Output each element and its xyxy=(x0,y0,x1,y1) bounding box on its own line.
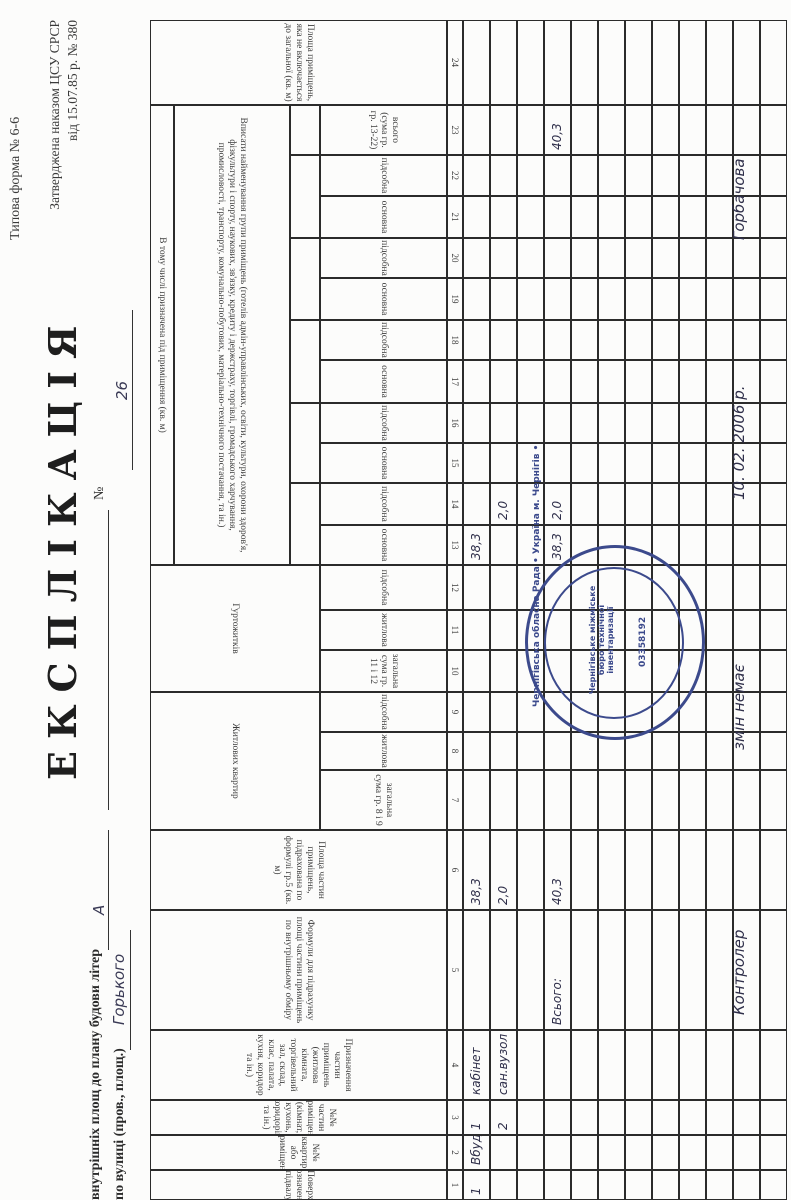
table-cell xyxy=(652,443,679,483)
page-title: ЕКСПЛІКАЦІЯ xyxy=(40,313,85,780)
table-cell xyxy=(598,238,625,278)
street-value: Горького xyxy=(110,954,128,1025)
table-cell xyxy=(598,278,625,320)
table-cell xyxy=(490,278,517,320)
table-cell: Всього: xyxy=(544,910,571,1030)
house-no-value: 26 xyxy=(113,381,131,400)
table-cell xyxy=(544,278,571,320)
table-cell xyxy=(571,320,598,360)
table-cell xyxy=(760,1170,787,1200)
table-cell xyxy=(733,320,760,360)
column-number-10: 10 xyxy=(447,650,463,692)
table-cell xyxy=(463,732,490,770)
header-col-14: підсобна xyxy=(320,483,447,525)
table-cell xyxy=(598,155,625,196)
table-cell xyxy=(598,830,625,910)
table-cell xyxy=(544,443,571,483)
table-cell xyxy=(463,483,490,525)
table-cell xyxy=(517,1100,544,1135)
column-number-19: 19 xyxy=(447,278,463,320)
table-cell: 40,3 xyxy=(544,830,571,910)
table-cell xyxy=(679,1170,706,1200)
table-cell xyxy=(571,360,598,403)
table-cell xyxy=(706,238,733,278)
table-cell xyxy=(517,770,544,830)
table-cell xyxy=(652,155,679,196)
column-number-15: 15 xyxy=(447,443,463,483)
table-cell xyxy=(760,692,787,732)
table-cell xyxy=(598,105,625,155)
column-number-23: 23 xyxy=(447,105,463,155)
table-cell xyxy=(463,692,490,732)
table-cell xyxy=(625,1170,652,1200)
table-cell xyxy=(706,610,733,650)
table-cell: 1 xyxy=(463,1170,490,1200)
table-cell xyxy=(652,278,679,320)
table-cell xyxy=(706,320,733,360)
table-cell xyxy=(679,20,706,105)
controller-label: Контролер xyxy=(730,930,748,1015)
table-cell: 1 xyxy=(463,1100,490,1135)
table-cell xyxy=(679,238,706,278)
table-cell xyxy=(733,525,760,565)
table-cell xyxy=(706,196,733,238)
table-cell xyxy=(517,1170,544,1200)
table-cell xyxy=(679,1100,706,1135)
table-cell xyxy=(490,650,517,692)
column-number-5: 5 xyxy=(447,910,463,1030)
table-cell xyxy=(652,360,679,403)
table-cell xyxy=(517,830,544,910)
table-cell xyxy=(733,238,760,278)
header-col-15: основна xyxy=(320,443,447,483)
table-cell xyxy=(598,443,625,483)
table-cell xyxy=(652,1030,679,1100)
header-col-2: №№ квартир або приміщень xyxy=(150,1135,447,1170)
table-cell xyxy=(679,483,706,525)
table-cell xyxy=(760,403,787,443)
table-cell xyxy=(760,830,787,910)
table-cell xyxy=(706,443,733,483)
table-cell xyxy=(571,483,598,525)
table-cell xyxy=(598,403,625,443)
subtitle-line-1: внутрішніх площ до плану будови літер xyxy=(88,949,104,1200)
table-cell xyxy=(517,20,544,105)
table-cell xyxy=(517,105,544,155)
column-number-14: 14 xyxy=(447,483,463,525)
header-col-18: підсобна xyxy=(320,320,447,360)
table-cell xyxy=(706,278,733,320)
table-cell xyxy=(706,1135,733,1170)
table-cell xyxy=(598,1100,625,1135)
table-cell xyxy=(571,155,598,196)
table-cell xyxy=(544,1170,571,1200)
table-cell xyxy=(625,105,652,155)
table-cell xyxy=(544,155,571,196)
table-cell xyxy=(544,360,571,403)
header-group-name-blank xyxy=(290,238,320,320)
table-cell xyxy=(571,238,598,278)
table-cell xyxy=(517,910,544,1030)
header-group-in-total: В тому числі призначена під приміщення (… xyxy=(150,105,174,565)
table-cell xyxy=(679,830,706,910)
table-cell xyxy=(517,1135,544,1170)
table-cell xyxy=(625,483,652,525)
table-cell xyxy=(571,770,598,830)
table-cell xyxy=(490,910,517,1030)
table-cell xyxy=(625,910,652,1030)
header-col-19: основна xyxy=(320,278,447,320)
table-cell xyxy=(490,692,517,732)
table-cell xyxy=(517,196,544,238)
table-cell xyxy=(652,238,679,278)
table-cell xyxy=(760,1135,787,1170)
table-cell xyxy=(625,770,652,830)
table-cell: сан.вузол xyxy=(490,1030,517,1100)
table-cell xyxy=(463,360,490,403)
table-cell xyxy=(517,320,544,360)
table-cell xyxy=(760,360,787,403)
table-cell xyxy=(544,1100,571,1135)
table-cell xyxy=(706,483,733,525)
table-cell xyxy=(598,1135,625,1170)
table-cell xyxy=(517,360,544,403)
table-cell xyxy=(463,20,490,105)
table-cell xyxy=(517,278,544,320)
table-cell xyxy=(571,732,598,770)
table-cell xyxy=(625,155,652,196)
table-cell xyxy=(679,1135,706,1170)
header-group-name-blank xyxy=(290,403,320,483)
table-cell xyxy=(760,732,787,770)
house-no-underline xyxy=(132,310,133,470)
column-number-17: 17 xyxy=(447,360,463,403)
table-cell xyxy=(598,910,625,1030)
table-cell xyxy=(625,1030,652,1100)
table-cell xyxy=(490,1170,517,1200)
table-cell xyxy=(463,196,490,238)
table-cell xyxy=(733,20,760,105)
table-cell xyxy=(490,403,517,443)
table-cell xyxy=(571,196,598,238)
header-col-23: всього (сума гр. гр. 13-22) xyxy=(320,105,447,155)
table-cell xyxy=(760,278,787,320)
table-cell xyxy=(490,1135,517,1170)
table-cell xyxy=(544,1135,571,1170)
mid-underline xyxy=(108,510,109,810)
table-cell xyxy=(652,320,679,360)
table-cell xyxy=(652,483,679,525)
column-number-1: 1 xyxy=(447,1170,463,1200)
notes-text: змін немає xyxy=(730,664,748,750)
table-cell xyxy=(490,20,517,105)
table-cell xyxy=(760,443,787,483)
table-cell xyxy=(706,360,733,403)
table-cell xyxy=(625,1135,652,1170)
table-cell xyxy=(598,20,625,105)
column-number-13: 13 xyxy=(447,525,463,565)
table-cell xyxy=(679,443,706,483)
table-cell xyxy=(490,320,517,360)
table-cell xyxy=(463,910,490,1030)
table-cell xyxy=(517,403,544,443)
table-cell xyxy=(625,830,652,910)
header-instruction: Вписати найменування групи приміщень (го… xyxy=(174,105,290,565)
table-cell: кабінет xyxy=(463,1030,490,1100)
house-no-label: № xyxy=(92,487,108,500)
table-cell xyxy=(760,525,787,565)
header-col-1: Поверх (позначення і підвалу) xyxy=(150,1170,447,1200)
header-group-name-blank xyxy=(290,483,320,565)
table-cell xyxy=(625,1100,652,1135)
table-cell xyxy=(490,238,517,278)
header-col-6: Площа частин приміщень, підрахована по ф… xyxy=(150,830,447,910)
table-cell xyxy=(490,770,517,830)
table-cell xyxy=(679,320,706,360)
table-cell xyxy=(463,403,490,443)
table-cell xyxy=(679,278,706,320)
table-cell xyxy=(571,1135,598,1170)
table-cell xyxy=(652,1135,679,1170)
header-col-5: Формули для підрахунку площі частини при… xyxy=(150,910,447,1030)
table-cell xyxy=(733,1170,760,1200)
table-cell xyxy=(544,732,571,770)
table-cell xyxy=(463,155,490,196)
header-col-11: житлова xyxy=(320,610,447,650)
table-cell xyxy=(463,105,490,155)
form-number: Типова форма № 6-6 xyxy=(8,117,24,240)
table-cell xyxy=(571,1100,598,1135)
column-number-8: 8 xyxy=(447,732,463,770)
header-col-7: загальна сума гр. 8 і 9 xyxy=(320,770,447,830)
stamp-inner-text: Чернігівське міжміське бюро технічної ін… xyxy=(588,575,615,705)
table-cell xyxy=(706,910,733,1030)
header-col-20: підсобна xyxy=(320,238,447,278)
table-cell xyxy=(760,105,787,155)
table-cell: 2,0 xyxy=(490,830,517,910)
table-cell xyxy=(625,196,652,238)
litera-value: А xyxy=(90,905,108,915)
table-cell xyxy=(463,565,490,610)
table-cell xyxy=(625,320,652,360)
header-col-24: Площа приміщень, яка не включається до з… xyxy=(150,20,447,105)
header-col-9: підсобна xyxy=(320,692,447,732)
table-cell xyxy=(490,155,517,196)
table-cell xyxy=(571,830,598,910)
table-cell: 38,3 xyxy=(463,525,490,565)
table-cell xyxy=(679,403,706,443)
table-cell xyxy=(544,1030,571,1100)
table-cell xyxy=(571,278,598,320)
table-cell xyxy=(598,196,625,238)
table-cell xyxy=(463,650,490,692)
table-cell xyxy=(733,1030,760,1100)
official-stamp: Чернігівська обласна Рада • Україна м. Ч… xyxy=(525,545,705,740)
table-cell xyxy=(760,483,787,525)
table-cell xyxy=(760,650,787,692)
table-cell xyxy=(652,830,679,910)
column-number-2: 2 xyxy=(447,1135,463,1170)
table-cell xyxy=(490,360,517,403)
header-group-name-blank xyxy=(290,320,320,403)
table-cell xyxy=(517,238,544,278)
table-cell xyxy=(679,525,706,565)
signature: Горбачова xyxy=(730,158,748,240)
table-cell xyxy=(598,1030,625,1100)
table-cell xyxy=(706,830,733,910)
table-cell xyxy=(625,20,652,105)
table-cell xyxy=(652,403,679,443)
header-col-13: основна xyxy=(320,525,447,565)
table-cell xyxy=(625,360,652,403)
table-cell xyxy=(652,105,679,155)
table-cell xyxy=(679,732,706,770)
header-group-residential: Житлових квартир xyxy=(150,692,320,830)
table-cell xyxy=(733,610,760,650)
stamp-outer-text: Чернігівська обласна Рада • Україна м. Ч… xyxy=(532,445,542,707)
header-col-4: Призначення частин приміщень (житлова кі… xyxy=(150,1030,447,1100)
column-number-11: 11 xyxy=(447,610,463,650)
column-number-20: 20 xyxy=(447,238,463,278)
table-cell xyxy=(706,155,733,196)
table-cell xyxy=(706,105,733,155)
header-group-name-blank xyxy=(290,155,320,238)
table-cell xyxy=(571,105,598,155)
table-cell: 2,0 xyxy=(490,483,517,525)
header-col-16: підсобна xyxy=(320,403,447,443)
table-cell xyxy=(625,278,652,320)
table-cell xyxy=(490,196,517,238)
table-cell: 40,3 xyxy=(544,105,571,155)
table-cell xyxy=(517,155,544,196)
table-cell xyxy=(571,1170,598,1200)
table-cell xyxy=(625,443,652,483)
column-number-4: 4 xyxy=(447,1030,463,1100)
column-number-9: 9 xyxy=(447,692,463,732)
table-cell xyxy=(544,770,571,830)
table-cell xyxy=(490,443,517,483)
header-group-dormitories: Гуртожитків xyxy=(150,565,320,692)
table-cell xyxy=(706,692,733,732)
table-cell xyxy=(463,610,490,650)
table-cell xyxy=(625,238,652,278)
table-cell xyxy=(517,1030,544,1100)
header-col-12: підсобна xyxy=(320,565,447,610)
table-cell xyxy=(706,525,733,565)
table-cell xyxy=(571,403,598,443)
table-cell xyxy=(760,20,787,105)
table-cell xyxy=(760,155,787,196)
table-cell xyxy=(652,732,679,770)
street-underline xyxy=(130,930,131,1050)
table-cell xyxy=(706,770,733,830)
table-cell xyxy=(760,610,787,650)
table-cell xyxy=(463,770,490,830)
litera-underline xyxy=(108,830,109,950)
header-col-10: загальна сума гр. 11 і 12 xyxy=(320,650,447,692)
table-cell xyxy=(490,732,517,770)
table-cell xyxy=(706,732,733,770)
header-col-3: №№ частин приміщень (кімнат, кухонь, кор… xyxy=(150,1100,447,1135)
table-cell xyxy=(760,238,787,278)
table-cell: 2,0 xyxy=(544,483,571,525)
column-number-3: 3 xyxy=(447,1100,463,1135)
table-cell: 2 xyxy=(490,1100,517,1135)
table-cell xyxy=(679,196,706,238)
table-cell xyxy=(652,196,679,238)
header-col-21: основна xyxy=(320,196,447,238)
table-cell xyxy=(544,20,571,105)
column-number-18: 18 xyxy=(447,320,463,360)
table-cell xyxy=(760,320,787,360)
table-cell xyxy=(598,360,625,403)
table-cell xyxy=(706,565,733,610)
table-cell xyxy=(760,770,787,830)
table-cell xyxy=(490,565,517,610)
table-cell xyxy=(625,403,652,443)
table-cell xyxy=(679,360,706,403)
table-cell xyxy=(490,610,517,650)
table-cell xyxy=(760,196,787,238)
table-cell xyxy=(490,105,517,155)
column-number-7: 7 xyxy=(447,770,463,830)
table-cell xyxy=(544,320,571,360)
table-cell xyxy=(571,20,598,105)
table-cell xyxy=(571,910,598,1030)
table-cell xyxy=(733,278,760,320)
table-cell xyxy=(706,650,733,692)
table-cell xyxy=(706,403,733,443)
table-cell xyxy=(463,238,490,278)
table-cell xyxy=(571,443,598,483)
table-cell xyxy=(733,105,760,155)
table-cell xyxy=(706,1030,733,1100)
table-cell xyxy=(706,1100,733,1135)
table-cell xyxy=(760,565,787,610)
date-text: 10. 02. 2006 р. xyxy=(730,386,748,500)
column-number-22: 22 xyxy=(447,155,463,196)
table-cell xyxy=(760,1100,787,1135)
table-cell xyxy=(679,105,706,155)
table-cell xyxy=(598,483,625,525)
column-number-21: 21 xyxy=(447,196,463,238)
table-cell xyxy=(679,910,706,1030)
table-cell xyxy=(733,565,760,610)
table-cell xyxy=(544,238,571,278)
document-page: Типова форма № 6-6 Затверджена наказом Ц… xyxy=(0,0,791,1200)
column-number-6: 6 xyxy=(447,830,463,910)
table-cell xyxy=(733,770,760,830)
header-col-22: підсобна xyxy=(320,155,447,196)
column-number-24: 24 xyxy=(447,20,463,105)
table-cell xyxy=(652,910,679,1030)
table-cell xyxy=(490,525,517,565)
table-cell xyxy=(679,770,706,830)
table-cell xyxy=(544,196,571,238)
table-cell xyxy=(652,770,679,830)
table-cell xyxy=(463,320,490,360)
table-cell: 38,3 xyxy=(463,830,490,910)
table-cell xyxy=(706,20,733,105)
table-cell xyxy=(706,1170,733,1200)
table-cell xyxy=(598,770,625,830)
table-cell xyxy=(760,910,787,1030)
column-number-12: 12 xyxy=(447,565,463,610)
subtitle-line-2: по вулиці (пров., площ.) xyxy=(112,1048,128,1200)
table-cell xyxy=(733,1100,760,1135)
table-cell xyxy=(544,403,571,443)
table-cell xyxy=(679,1030,706,1100)
